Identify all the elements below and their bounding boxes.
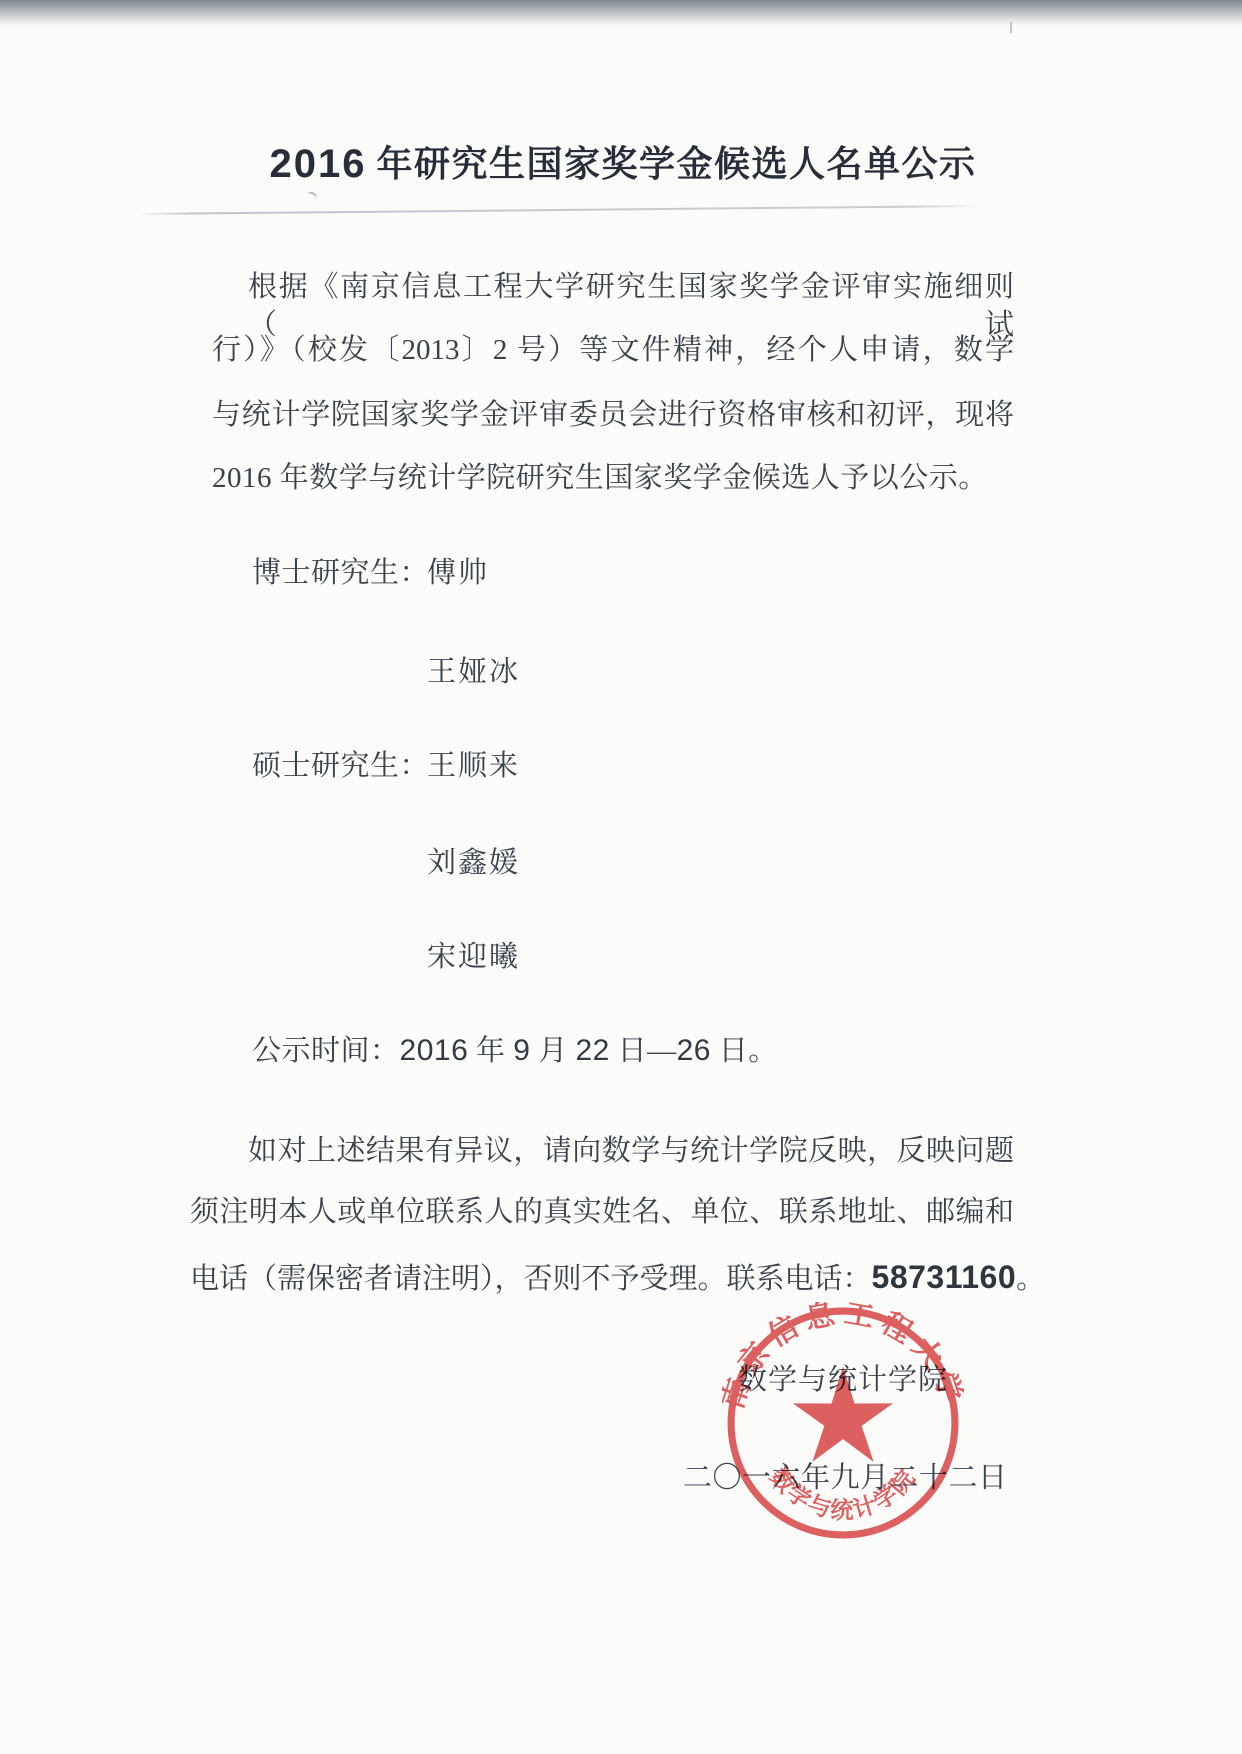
period-year: 2016 bbox=[400, 1034, 469, 1067]
seal-ring-text-college: 数学与统计学院 bbox=[764, 1464, 921, 1524]
candidate-group-label: 博士研究生： bbox=[252, 554, 429, 592]
title-text: 年研究生国家奖学金候选人名单公示 bbox=[376, 144, 976, 184]
candidate-name: 王娅冰 bbox=[427, 653, 520, 691]
scan-edge-artifact bbox=[0, 0, 1242, 26]
official-seal: 南京信息工程大学 数学与统计学院 bbox=[722, 1302, 964, 1544]
period-day-end: 26 bbox=[677, 1034, 711, 1067]
objection-line-2: 须注明本人或单位联系人的真实姓名、单位、联系地址、邮编和 bbox=[190, 1193, 1014, 1231]
period-day-end-unit: 日。 bbox=[711, 1035, 778, 1067]
intro-line-4: 2016 年数学与统计学院研究生国家奖学金候选人予以公示。 bbox=[212, 459, 988, 497]
period-month-unit: 月 bbox=[530, 1035, 575, 1067]
intro-line-2: 行）》（校发〔2013〕2 号）等文件精神，经个人申请，数学 bbox=[212, 331, 1014, 369]
candidate-name: 傅帅 bbox=[427, 554, 489, 592]
seal-star-icon bbox=[793, 1367, 893, 1462]
candidate-name: 刘鑫媛 bbox=[427, 844, 520, 882]
period-day-start-unit: 日— bbox=[610, 1035, 677, 1067]
period-label: 公示时间： bbox=[252, 1035, 400, 1067]
objection-line-3-text: 电话（需保密者请注明），否则不予受理。联系电话： bbox=[190, 1263, 872, 1295]
intro-line-3: 与统计学院国家奖学金评审委员会进行资格审核和初评，现将 bbox=[212, 396, 1014, 434]
scanned-notice-page: 2016年研究生国家奖学金候选人名单公示 根据《南京信息工程大学研究生国家奖学金… bbox=[0, 0, 1242, 1754]
candidate-name: 宋迎曦 bbox=[427, 938, 520, 976]
phone-number: 58731160 bbox=[872, 1259, 1017, 1295]
scan-speck bbox=[304, 190, 318, 204]
candidate-group-label: 硕士研究生： bbox=[252, 747, 429, 785]
publicity-period-line: 公示时间：2016 年 9 月 22 日—26 日。 bbox=[252, 1032, 778, 1070]
period-month: 9 bbox=[513, 1034, 530, 1067]
period-day-start: 22 bbox=[575, 1034, 609, 1067]
title-divider-line bbox=[138, 205, 980, 215]
objection-line-3-end: 。 bbox=[1016, 1263, 1045, 1295]
document-title: 2016年研究生国家奖学金候选人名单公示 bbox=[233, 136, 1013, 187]
period-year-unit: 年 bbox=[468, 1035, 513, 1067]
scan-speck bbox=[1010, 22, 1012, 33]
title-year: 2016 bbox=[270, 142, 367, 186]
objection-line-1: 如对上述结果有异议，请向数学与统计学院反映，反映问题 bbox=[190, 1132, 1014, 1170]
objection-line-3: 电话（需保密者请注明），否则不予受理。联系电话：58731160。 bbox=[190, 1258, 1045, 1298]
candidate-name: 王顺来 bbox=[427, 747, 520, 785]
